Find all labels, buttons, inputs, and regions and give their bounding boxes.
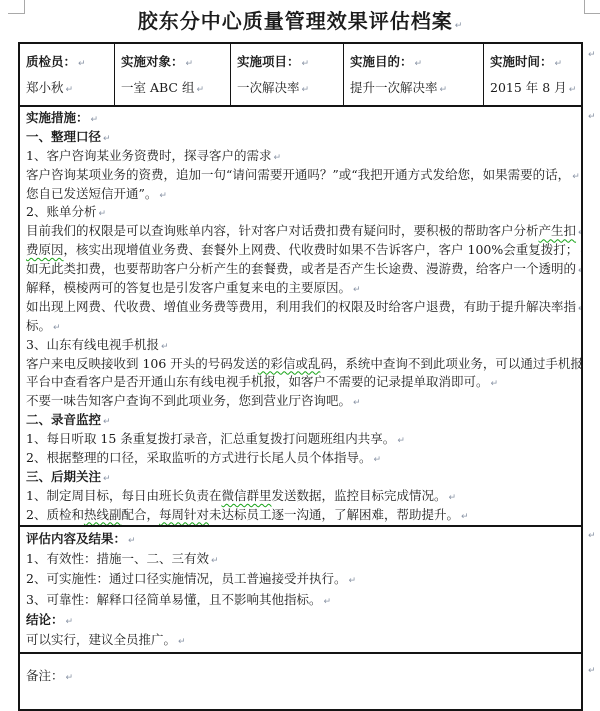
document-page: { "title": "胶东分中心质量管理效果评估档案", "marks": {… [0, 0, 600, 711]
paragraph-mark: ↵ [178, 637, 186, 647]
field-value: 一次解决率↵ [237, 76, 337, 102]
text-segment: 发送数据，监控目标完成情况。 [271, 488, 446, 503]
field-label: 实施对象：↵ [121, 50, 224, 76]
text-segment: 如无此类扣费，也要帮助客户分析产生的套餐费，或者是否产生长途费、漫游费，给客户一… [26, 261, 576, 276]
text-line: 3、山东有线电视手机报↵ [26, 336, 575, 355]
paragraph-mark: ↵ [53, 323, 61, 333]
paragraph-mark: ↵ [103, 474, 111, 484]
text-segment: 一、整理口径 [26, 129, 101, 144]
text-segment: 备注： [26, 668, 64, 683]
text-line: 不要一味告知客户查询不到此项业务，您到营业厅咨询吧。↵ [26, 392, 575, 411]
field-value: 2015 年 8 月↵ [490, 76, 575, 102]
text-line: 您自已发送短信开通”。↵ [26, 185, 575, 204]
paragraph-mark: ↵ [103, 417, 111, 427]
paragraph-mark: ↵ [196, 85, 204, 95]
paragraph-mark: ↵ [348, 576, 356, 586]
paragraph-mark: ↵ [373, 455, 381, 465]
paragraph-mark: ↵ [161, 342, 169, 352]
paragraph-mark: ↵ [273, 153, 281, 163]
text-segment: 可以实行，建议全员推广。 [26, 632, 176, 647]
text-segment: 2、可实施性：通过口径实施情况，员工普遍接受并执行。 [26, 571, 346, 586]
page-title: 胶东分中心质量管理效果评估档案 [138, 9, 453, 33]
field-label: 实施时间：↵ [490, 50, 575, 76]
field-value: 郑小秋↵ [26, 76, 108, 102]
end-of-row-mark: ↵ [588, 531, 596, 541]
text-line: 备注：↵ [26, 666, 575, 685]
text-segment: 1、每日听取 15 条重复拨打录音，汇总重复拨打问题班组内共享。 [26, 431, 395, 446]
text-line: 评估内容及结果：↵ [26, 529, 575, 549]
text-segment: 三、后期关注 [26, 469, 101, 484]
paragraph-mark: ↵ [98, 209, 106, 219]
field-label: 质检员：↵ [26, 50, 108, 76]
paragraph-mark: ↵ [555, 59, 563, 69]
text-line: 实施措施：↵ [26, 109, 575, 128]
text-segment: 如出现上网费、代收费、增值业务费等费用，利用我们的权限及时给客户退费，有助于提升… [26, 299, 576, 314]
spellcheck-underline: 产生扣 [539, 223, 577, 238]
text-line: 1、制定周目标，每日由班长负责在微信群里发送数据，监控目标完成情况。↵ [26, 487, 575, 506]
field-label: 实施项目：↵ [237, 50, 337, 76]
paragraph-mark: ↵ [78, 59, 86, 69]
text-line: 标。↵ [26, 317, 575, 336]
text-line: 二、录音监控↵ [26, 411, 575, 430]
text-segment: 不要一味告知客户查询不到此项业务，您到营业厅咨询吧。 [26, 393, 351, 408]
end-of-row-mark: ↵ [588, 50, 596, 60]
paragraph-mark: ↵ [461, 512, 469, 522]
text-segment: 客户来电反映接收到 106 开头的号码发送 [26, 356, 258, 371]
field-value: 一室 ABC 组↵ [121, 76, 224, 102]
paragraph-mark: ↵ [569, 85, 577, 95]
paragraph-mark: ↵ [449, 493, 457, 503]
paragraph-mark: ↵ [91, 115, 99, 125]
text-line: 1、有效性：措施一、二、三有效↵ [26, 549, 575, 569]
text-line: 可以实行，建议全员推广。↵ [26, 630, 575, 650]
remark-section: 备注：↵ [20, 654, 581, 709]
header-cell-inspector: 质检员：↵ 郑小秋↵ [20, 44, 115, 105]
paragraph-mark: ↵ [128, 536, 136, 546]
text-line: 三、后期关注↵ [26, 468, 575, 487]
text-segment: 标。 [26, 318, 51, 333]
header-cell-purpose: 实施目的：↵ 提升一次解决率↵ [344, 44, 484, 105]
text-line: 2、根据整理的口径，采取监听的方式进行长尾人员个体指导。↵ [26, 449, 575, 468]
paragraph-mark: ↵ [578, 266, 581, 276]
text-line: 解释，模棱两可的答复也是引发客户重复来电的主要原因。↵ [26, 279, 575, 298]
text-line: 2、可实施性：通过口径实施情况，员工普遍接受并执行。↵ [26, 569, 575, 589]
paragraph-mark: ↵ [353, 285, 361, 295]
spellcheck-underline: 的彩信或乱 [258, 356, 321, 371]
header-row: 质检员：↵ 郑小秋↵ 实施对象：↵ 一室 ABC 组↵ 实施项目：↵ 一次解决率… [20, 44, 581, 107]
paragraph-mark: ↵ [103, 134, 111, 144]
text-segment: 1、制定周目标，每日由班长负责在 [26, 488, 221, 503]
text-line: 3、可靠性：解释口径简单易懂，且不影响其他指标。↵ [26, 590, 575, 610]
text-line: 费原因，核实出现增值业务费、套餐外上网费、代收费时如果不告诉客户，客户 100%… [26, 241, 575, 260]
header-cell-project: 实施项目：↵ 一次解决率↵ [231, 44, 344, 105]
text-segment: 评估内容及结果： [26, 531, 126, 546]
text-line: 一、整理口径↵ [26, 128, 575, 147]
text-segment: 配合， [121, 507, 159, 522]
spellcheck-underline: 热线副 [84, 507, 122, 522]
paragraph-mark: ↵ [159, 191, 167, 201]
paragraph-mark: ↵ [415, 59, 423, 69]
paragraph-mark: ↵ [186, 59, 194, 69]
evaluation-result-section: 评估内容及结果：↵1、有效性：措施一、二、三有效↵2、可实施性：通过口径实施情况… [20, 527, 581, 654]
text-segment: 平台中查看客户是否开通山东有线电视手机报，如客户不需要的记录提单取消即可。 [26, 374, 489, 389]
header-cell-target: 实施对象：↵ 一室 ABC 组↵ [115, 44, 231, 105]
text-segment: 码，系统中查询不到此项业务，可以通过手机报 [320, 356, 581, 371]
measures-section: 实施措施：↵一、整理口径↵1、客户咨询某业务资费时，探寻客户的需求↵客户咨询某项… [20, 107, 581, 527]
text-segment: 2、账单分析 [26, 204, 96, 219]
text-segment: 2、质检和 [26, 507, 84, 522]
text-line: 结论：↵ [26, 610, 575, 630]
header-cell-time: 实施时间：↵ 2015 年 8 月↵ [484, 44, 581, 105]
paragraph-mark: ↵ [572, 172, 580, 182]
text-segment: 结论： [26, 612, 64, 627]
text-line: 平台中查看客户是否开通山东有线电视手机报，如客户不需要的记录提单取消即可。↵ [26, 373, 575, 392]
text-line: 如无此类扣费，也要帮助客户分析产生的套餐费，或者是否产生长途费、漫游费，给客户一… [26, 260, 575, 279]
text-segment: 1、客户咨询某业务资费时，探寻客户的需求 [26, 148, 271, 163]
paragraph-mark: ↵ [66, 673, 74, 683]
paragraph-mark: ↵ [353, 398, 361, 408]
paragraph-mark: ↵ [66, 85, 74, 95]
text-segment: 二、录音监控 [26, 412, 101, 427]
text-segment: 1、有效性：措施一、二、三有效 [26, 551, 209, 566]
text-line: 1、客户咨询某业务资费时，探寻客户的需求↵ [26, 147, 575, 166]
text-line: 如出现上网费、代收费、增值业务费等费用，利用我们的权限及时给客户退费，有助于提升… [26, 298, 575, 317]
spellcheck-underline: 费原因 [26, 242, 64, 257]
text-segment: 2、根据整理的口径，采取监听的方式进行长尾人员个体指导。 [26, 450, 371, 465]
title-row: 胶东分中心质量管理效果评估档案↵ [0, 5, 600, 34]
text-segment: ，核实出现增值业务费、套餐外上网费、代收费时如果不告诉客户，客户 100%会重复… [64, 242, 579, 257]
paragraph-mark: ↵ [302, 59, 310, 69]
paragraph-mark: ↵ [397, 436, 405, 446]
end-of-row-mark: ↵ [588, 666, 596, 676]
paragraph-mark: ↵ [578, 228, 581, 238]
text-segment: 未达标员工逐一沟通，了解困难，帮助提升。 [209, 507, 459, 522]
spellcheck-underline: 微信群里 [221, 488, 271, 503]
paragraph-mark: ↵ [455, 21, 463, 31]
paragraph-mark: ↵ [323, 597, 331, 607]
text-line: 客户来电反映接收到 106 开头的号码发送的彩信或乱码，系统中查询不到此项业务，… [26, 355, 575, 374]
text-line: 2、账单分析↵ [26, 203, 575, 222]
spellcheck-underline: 每周针对 [159, 507, 209, 522]
evaluation-form-table: 质检员：↵ 郑小秋↵ 实施对象：↵ 一室 ABC 组↵ 实施项目：↵ 一次解决率… [18, 42, 583, 711]
paragraph-mark: ↵ [211, 556, 219, 566]
text-segment: 3、可靠性：解释口径简单易懂，且不影响其他指标。 [26, 592, 321, 607]
text-line: 客户咨询某项业务的资费，追加一句“请问需要开通吗？”或“我把开通方式发给您，如果… [26, 166, 575, 185]
text-segment: 客户咨询某项业务的资费，追加一句“请问需要开通吗？”或“我把开通方式发给您，如果… [26, 167, 570, 182]
text-segment: 解释，模棱两可的答复也是引发客户重复来电的主要原因。 [26, 280, 351, 295]
paragraph-mark: ↵ [491, 379, 499, 389]
paragraph-mark: ↵ [580, 247, 581, 257]
text-line: 2、质检和热线副配合，每周针对未达标员工逐一沟通，了解困难，帮助提升。↵ [26, 506, 575, 525]
end-of-row-mark: ↵ [588, 112, 596, 122]
text-line: 目前我们的权限是可以查询账单内容，针对客户对话费扣费有疑问时，要积极的帮助客户分… [26, 222, 575, 241]
paragraph-mark: ↵ [440, 85, 448, 95]
field-value: 提升一次解决率↵ [350, 76, 477, 102]
text-segment: 3、山东有线电视手机报 [26, 337, 159, 352]
text-segment: 您自已发送短信开通”。 [26, 186, 157, 201]
text-segment: 目前我们的权限是可以查询账单内容，针对客户对话费扣费有疑问时，要积极的帮助客户分… [26, 223, 539, 238]
text-segment: 实施措施： [26, 110, 89, 125]
paragraph-mark: ↵ [578, 304, 581, 314]
paragraph-mark: ↵ [302, 85, 310, 95]
paragraph-mark: ↵ [66, 617, 74, 627]
field-label: 实施目的：↵ [350, 50, 477, 76]
text-line: 1、每日听取 15 条重复拨打录音，汇总重复拨打问题班组内共享。↵ [26, 430, 575, 449]
